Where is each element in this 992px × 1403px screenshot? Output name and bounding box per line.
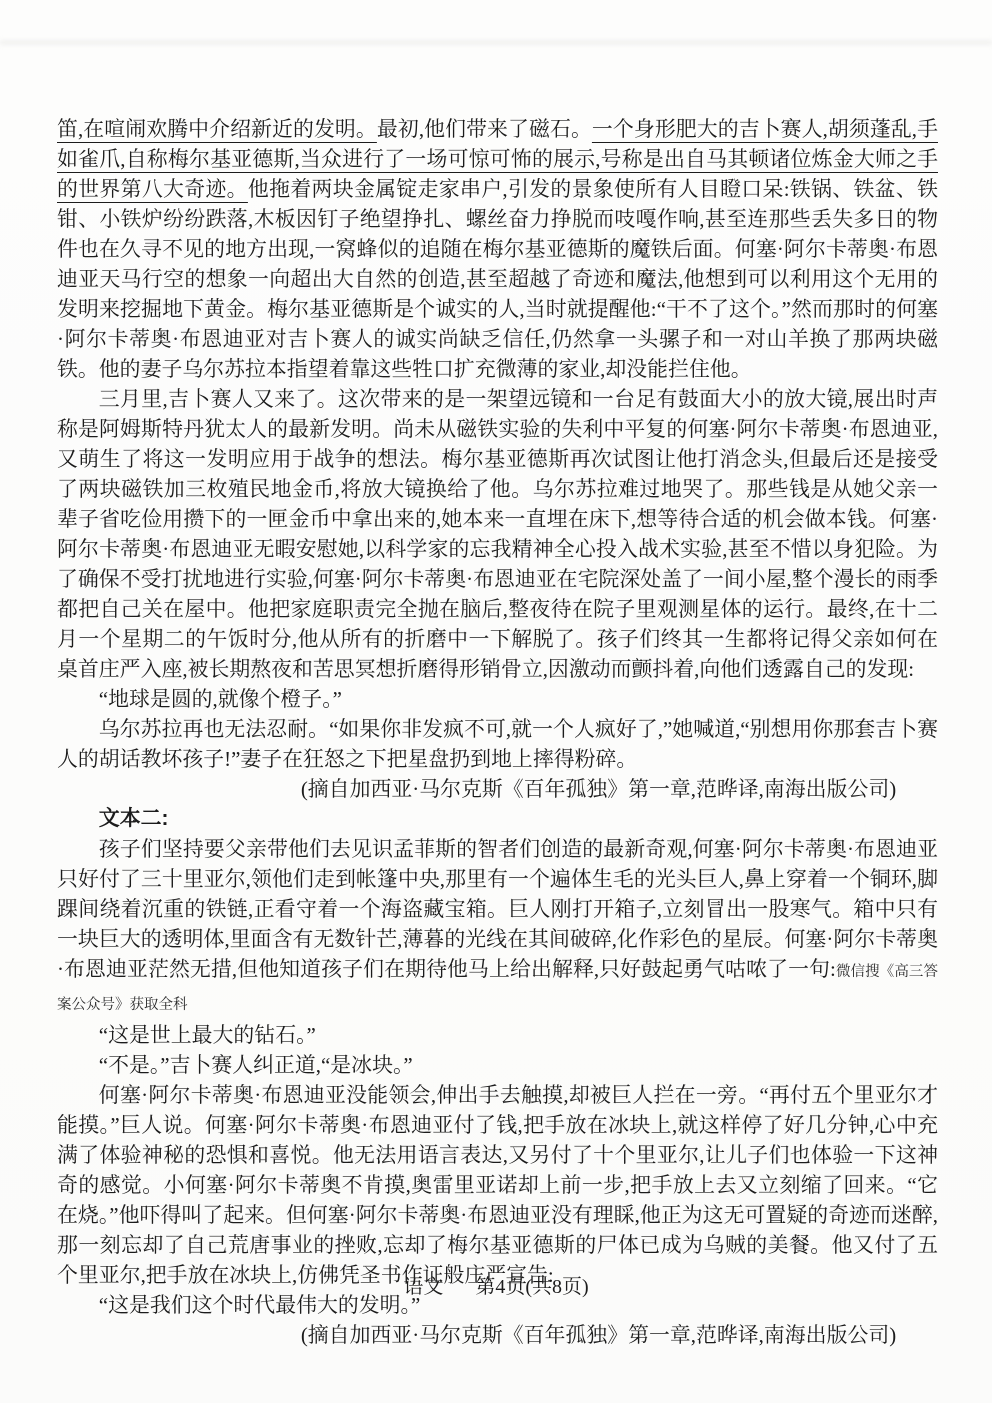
- text-one-paragraph-1: 笛,在喧闹欢腾中介绍新近的发明。最初,他们带来了磁石。一个身形肥大的吉卜赛人,胡…: [57, 114, 938, 384]
- underlined-passage: 笛,在喧闹欢腾中介绍新近的发明。: [57, 117, 377, 141]
- footer-page-number: 第4页(共8页): [475, 1276, 588, 1298]
- text-two-quote-1: “这是世上最大的钻石。”: [57, 1020, 938, 1050]
- scan-artifact-line: [0, 40, 992, 45]
- text-segment: “这是世上最大的钻石。”: [99, 1023, 316, 1047]
- footer-subject-label: 语文: [403, 1276, 443, 1298]
- text-two-paragraph-2: 何塞·阿尔卡蒂奥·布恩迪亚没能领会,伸出手去触摸,却被巨人拦在一旁。“再付五个里…: [57, 1080, 938, 1290]
- text-segment: 三月里,吉卜赛人又来了。这次带来的是一架望远镜和一台足有鼓面大小的放大镜,展出时…: [57, 387, 938, 681]
- text-segment: “不是。”吉卜赛人纠正道,“是冰块。”: [99, 1053, 413, 1077]
- text-segment: 文本二:: [99, 807, 169, 830]
- text-two-quote-2: “不是。”吉卜赛人纠正道,“是冰块。”: [57, 1050, 938, 1080]
- scanned-exam-page: 笛,在喧闹欢腾中介绍新近的发明。最初,他们带来了磁石。一个身形肥大的吉卜赛人,胡…: [0, 0, 992, 1403]
- document-body: 笛,在喧闹欢腾中介绍新近的发明。最初,他们带来了磁石。一个身形肥大的吉卜赛人,胡…: [57, 114, 938, 1350]
- text-segment: 孩子们坚持要父亲带他们去见识孟菲斯的智者们创造的最新奇观,何塞·阿尔卡蒂奥·布恩…: [57, 837, 938, 981]
- text-segment: 乌尔苏拉再也无法忍耐。“如果你非发疯不可,就一个人疯好了,”她喊道,“别想用你那…: [57, 717, 938, 771]
- text-one-quote-1: “地球是圆的,就像个橙子。”: [57, 684, 938, 714]
- text-segment: 最初,他们带来了磁石。: [377, 117, 592, 141]
- text-segment: “地球是圆的,就像个橙子。”: [99, 687, 342, 711]
- text-one-paragraph-3: 乌尔苏拉再也无法忍耐。“如果你非发疯不可,就一个人疯好了,”她喊道,“别想用你那…: [57, 714, 938, 774]
- text-two-heading: 文本二:: [57, 804, 938, 834]
- text-one-citation: (摘自加西亚·马尔克斯《百年孤独》第一章,范晔译,南海出版公司): [57, 774, 938, 804]
- text-two-citation: (摘自加西亚·马尔克斯《百年孤独》第一章,范晔译,南海出版公司): [57, 1320, 938, 1350]
- text-segment: (摘自加西亚·马尔克斯《百年孤独》第一章,范晔译,南海出版公司): [301, 777, 896, 801]
- text-segment: 他拖着两块金属锭走家串户,引发的景象使所有人目瞪口呆:铁锅、铁盆、铁钳、小铁炉纷…: [57, 177, 938, 381]
- page-footer: 语文第4页(共8页): [0, 1270, 992, 1299]
- text-segment: (摘自加西亚·马尔克斯《百年孤独》第一章,范晔译,南海出版公司): [301, 1323, 896, 1347]
- text-one-paragraph-2: 三月里,吉卜赛人又来了。这次带来的是一架望远镜和一台足有鼓面大小的放大镜,展出时…: [57, 384, 938, 684]
- text-two-paragraph-1: 孩子们坚持要父亲带他们去见识孟菲斯的智者们创造的最新奇观,何塞·阿尔卡蒂奥·布恩…: [57, 834, 938, 1020]
- text-segment: 何塞·阿尔卡蒂奥·布恩迪亚没能领会,伸出手去触摸,却被巨人拦在一旁。“再付五个里…: [57, 1083, 938, 1287]
